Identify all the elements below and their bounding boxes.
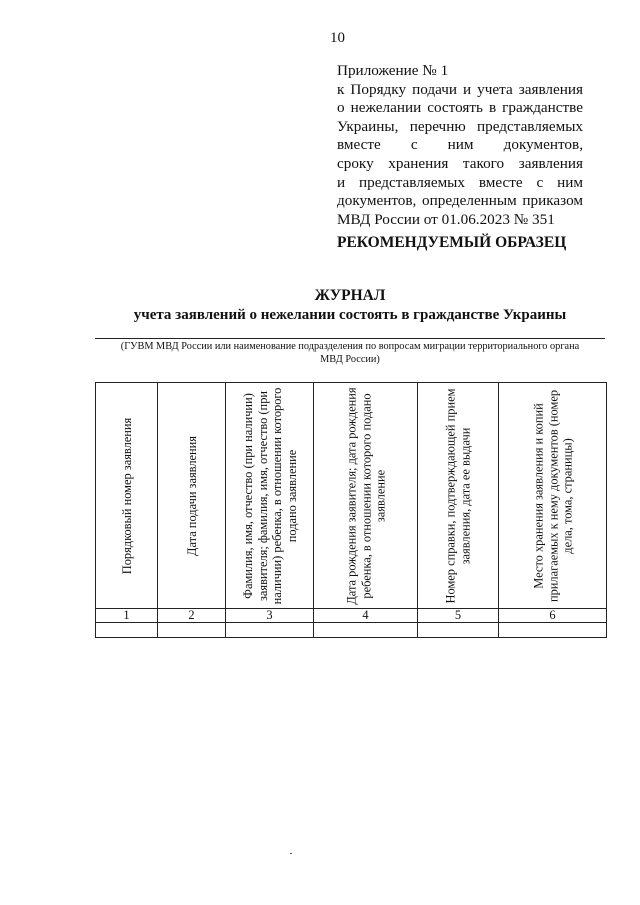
appendix-line: МВД России от 01.06.2023 № 351: [337, 211, 583, 230]
table-header-row: Порядковый номер заявления Дата подачи з…: [96, 383, 607, 609]
appendix-line: вместе с ним документов,: [337, 136, 583, 155]
journal-title: ЖУРНАЛ: [95, 287, 605, 305]
column-header: Номер справки, подтверждающей прием заяв…: [418, 383, 499, 609]
appendix-line: сроку хранения такого заявления: [337, 155, 583, 174]
column-number: 6: [499, 609, 607, 623]
appendix-line: к Порядку подачи и учета заявления: [337, 81, 583, 100]
column-number: 5: [418, 609, 499, 623]
column-number: 1: [96, 609, 158, 623]
appendix-title: Приложение № 1: [337, 62, 583, 81]
column-number: 3: [226, 609, 314, 623]
column-header: Порядковый номер заявления: [96, 383, 158, 609]
appendix-line: о нежелании состоять в гражданстве: [337, 99, 583, 118]
page-number: 10: [330, 30, 345, 47]
column-header: Дата рождения заявителя; дата рождения р…: [314, 383, 418, 609]
org-caption-line: (ГУВМ МВД России или наименование подраз…: [95, 340, 605, 353]
table-cell: [314, 623, 418, 638]
table-cell: [96, 623, 158, 638]
column-header: Место хранения заявления и копий прилага…: [499, 383, 607, 609]
appendix-line: документов, определенным приказом: [337, 192, 583, 211]
journal-subtitle: учета заявлений о нежелании состоять в г…: [95, 307, 605, 324]
column-header: Дата подачи заявления: [158, 383, 226, 609]
appendix-reference: Приложение № 1 к Порядку подачи и учета …: [337, 62, 583, 229]
journal-table: Порядковый номер заявления Дата подачи з…: [95, 382, 607, 638]
table-row: [96, 623, 607, 638]
org-name-fill-line: [95, 338, 605, 339]
org-caption-line: МВД России): [95, 353, 605, 366]
table-cell: [226, 623, 314, 638]
sample-label: РЕКОМЕНДУЕМЫЙ ОБРАЗЕЦ: [337, 234, 583, 252]
org-caption: (ГУВМ МВД России или наименование подраз…: [95, 340, 605, 366]
appendix-line: и представляемых вместе с ним: [337, 174, 583, 193]
table-cell: [418, 623, 499, 638]
column-header: Фамилия, имя, отчество (при наличии) зая…: [226, 383, 314, 609]
column-number: 4: [314, 609, 418, 623]
table-cell: [499, 623, 607, 638]
column-number: 2: [158, 609, 226, 623]
appendix-line: Украины, перечню представляемых: [337, 118, 583, 137]
table-cell: [158, 623, 226, 638]
column-number-row: 1 2 3 4 5 6: [96, 609, 607, 623]
scan-speck: [290, 853, 292, 854]
